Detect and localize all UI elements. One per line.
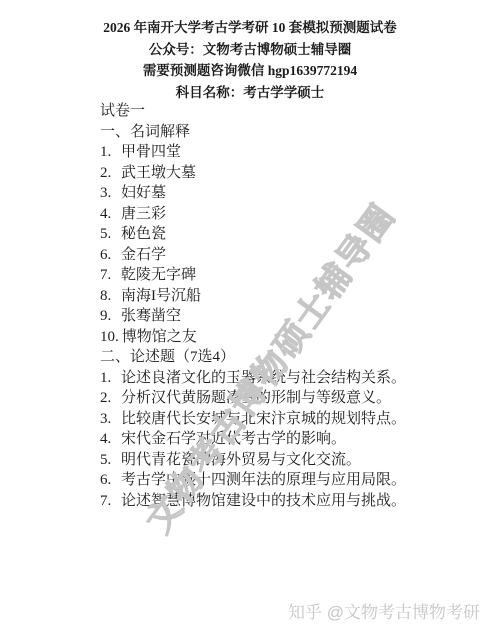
- term-item: 2.武王墩大墓: [100, 163, 470, 184]
- document-body: 试卷一 一、名词解释 1.甲骨四堂 2.武王墩大墓 3.妇好墓 4.唐三彩 5.…: [100, 101, 470, 511]
- item-number: 3.: [100, 183, 118, 204]
- item-number: 1.: [100, 368, 118, 389]
- item-number: 2.: [100, 163, 118, 184]
- item-number: 5.: [100, 450, 118, 471]
- item-text: 金石学: [121, 247, 166, 263]
- essay-item: 2.分析汉代黄肠题凑墓的形制与等级意义。: [100, 388, 470, 409]
- zhihu-watermark: 知乎 @文物考古博物考研: [288, 598, 480, 623]
- item-number: 4.: [100, 204, 118, 225]
- item-text: 张骞凿空: [121, 308, 181, 324]
- term-item: 10.博物馆之友: [100, 327, 470, 348]
- item-text: 南海I号沉船: [121, 288, 201, 304]
- item-text: 考古学中碳十四测年法的原理与应用局限。: [121, 472, 406, 488]
- item-number: 10.: [100, 327, 119, 348]
- item-text: 甲骨四堂: [121, 144, 181, 160]
- essay-item: 1.论述良渚文化的玉器系统与社会结构关系。: [100, 368, 470, 389]
- item-number: 1.: [100, 142, 118, 163]
- item-text: 宋代金石学对近代考古学的影响。: [121, 431, 346, 447]
- term-item: 3.妇好墓: [100, 183, 470, 204]
- essay-item: 3.比较唐代长安城与北宋汴京城的规划特点。: [100, 409, 470, 430]
- item-text: 秘色瓷: [121, 226, 166, 242]
- header-subject-line: 科目名称：考古学学硕士: [0, 82, 500, 104]
- document-page: 文物考古博物硕士辅导圈 2026 年南开大学考古学考研 10 套模拟预测题试卷 …: [0, 0, 500, 636]
- item-text: 论述智慧博物馆建设中的技术应用与挑战。: [121, 493, 406, 509]
- term-item: 6.金石学: [100, 245, 470, 266]
- item-number: 5.: [100, 224, 118, 245]
- document-title: 2026 年南开大学考古学考研 10 套模拟预测题试卷: [0, 17, 500, 39]
- term-item: 4.唐三彩: [100, 204, 470, 225]
- essay-item: 4.宋代金石学对近代考古学的影响。: [100, 429, 470, 450]
- item-number: 3.: [100, 409, 118, 430]
- item-number: 2.: [100, 388, 118, 409]
- header-contact-line: 需要预测题咨询微信 hgp1639772194: [0, 60, 500, 82]
- essay-item: 6.考古学中碳十四测年法的原理与应用局限。: [100, 470, 470, 491]
- item-text: 妇好墓: [121, 185, 166, 201]
- term-item: 9.张骞凿空: [100, 306, 470, 327]
- item-number: 7.: [100, 491, 118, 512]
- item-text: 明代青花瓷的海外贸易与文化交流。: [121, 452, 361, 468]
- item-text: 分析汉代黄肠题凑墓的形制与等级意义。: [121, 390, 391, 406]
- item-number: 6.: [100, 245, 118, 266]
- item-text: 武王墩大墓: [121, 165, 196, 181]
- header-account-line: 公众号：文物考古博物硕士辅导圈: [0, 39, 500, 61]
- document-header: 2026 年南开大学考古学考研 10 套模拟预测题试卷 公众号：文物考古博物硕士…: [0, 17, 500, 103]
- item-number: 8.: [100, 286, 118, 307]
- term-item: 1.甲骨四堂: [100, 142, 470, 163]
- item-number: 7.: [100, 265, 118, 286]
- item-number: 6.: [100, 470, 118, 491]
- item-number: 4.: [100, 429, 118, 450]
- term-item: 7.乾陵无字碑: [100, 265, 470, 286]
- term-item: 5.秘色瓷: [100, 224, 470, 245]
- item-text: 乾陵无字碑: [121, 267, 196, 283]
- essay-item: 7.论述智慧博物馆建设中的技术应用与挑战。: [100, 491, 470, 512]
- paper-label: 试卷一: [100, 101, 470, 122]
- term-item: 8.南海I号沉船: [100, 286, 470, 307]
- item-text: 博物馆之友: [122, 329, 197, 345]
- item-text: 比较唐代长安城与北宋汴京城的规划特点。: [121, 411, 406, 427]
- essay-item: 5.明代青花瓷的海外贸易与文化交流。: [100, 450, 470, 471]
- item-text: 唐三彩: [121, 206, 166, 222]
- section-2-heading: 二、论述题（7选4）: [100, 347, 470, 368]
- item-text: 论述良渚文化的玉器系统与社会结构关系。: [121, 370, 406, 386]
- item-number: 9.: [100, 306, 118, 327]
- section-1-heading: 一、名词解释: [100, 122, 470, 143]
